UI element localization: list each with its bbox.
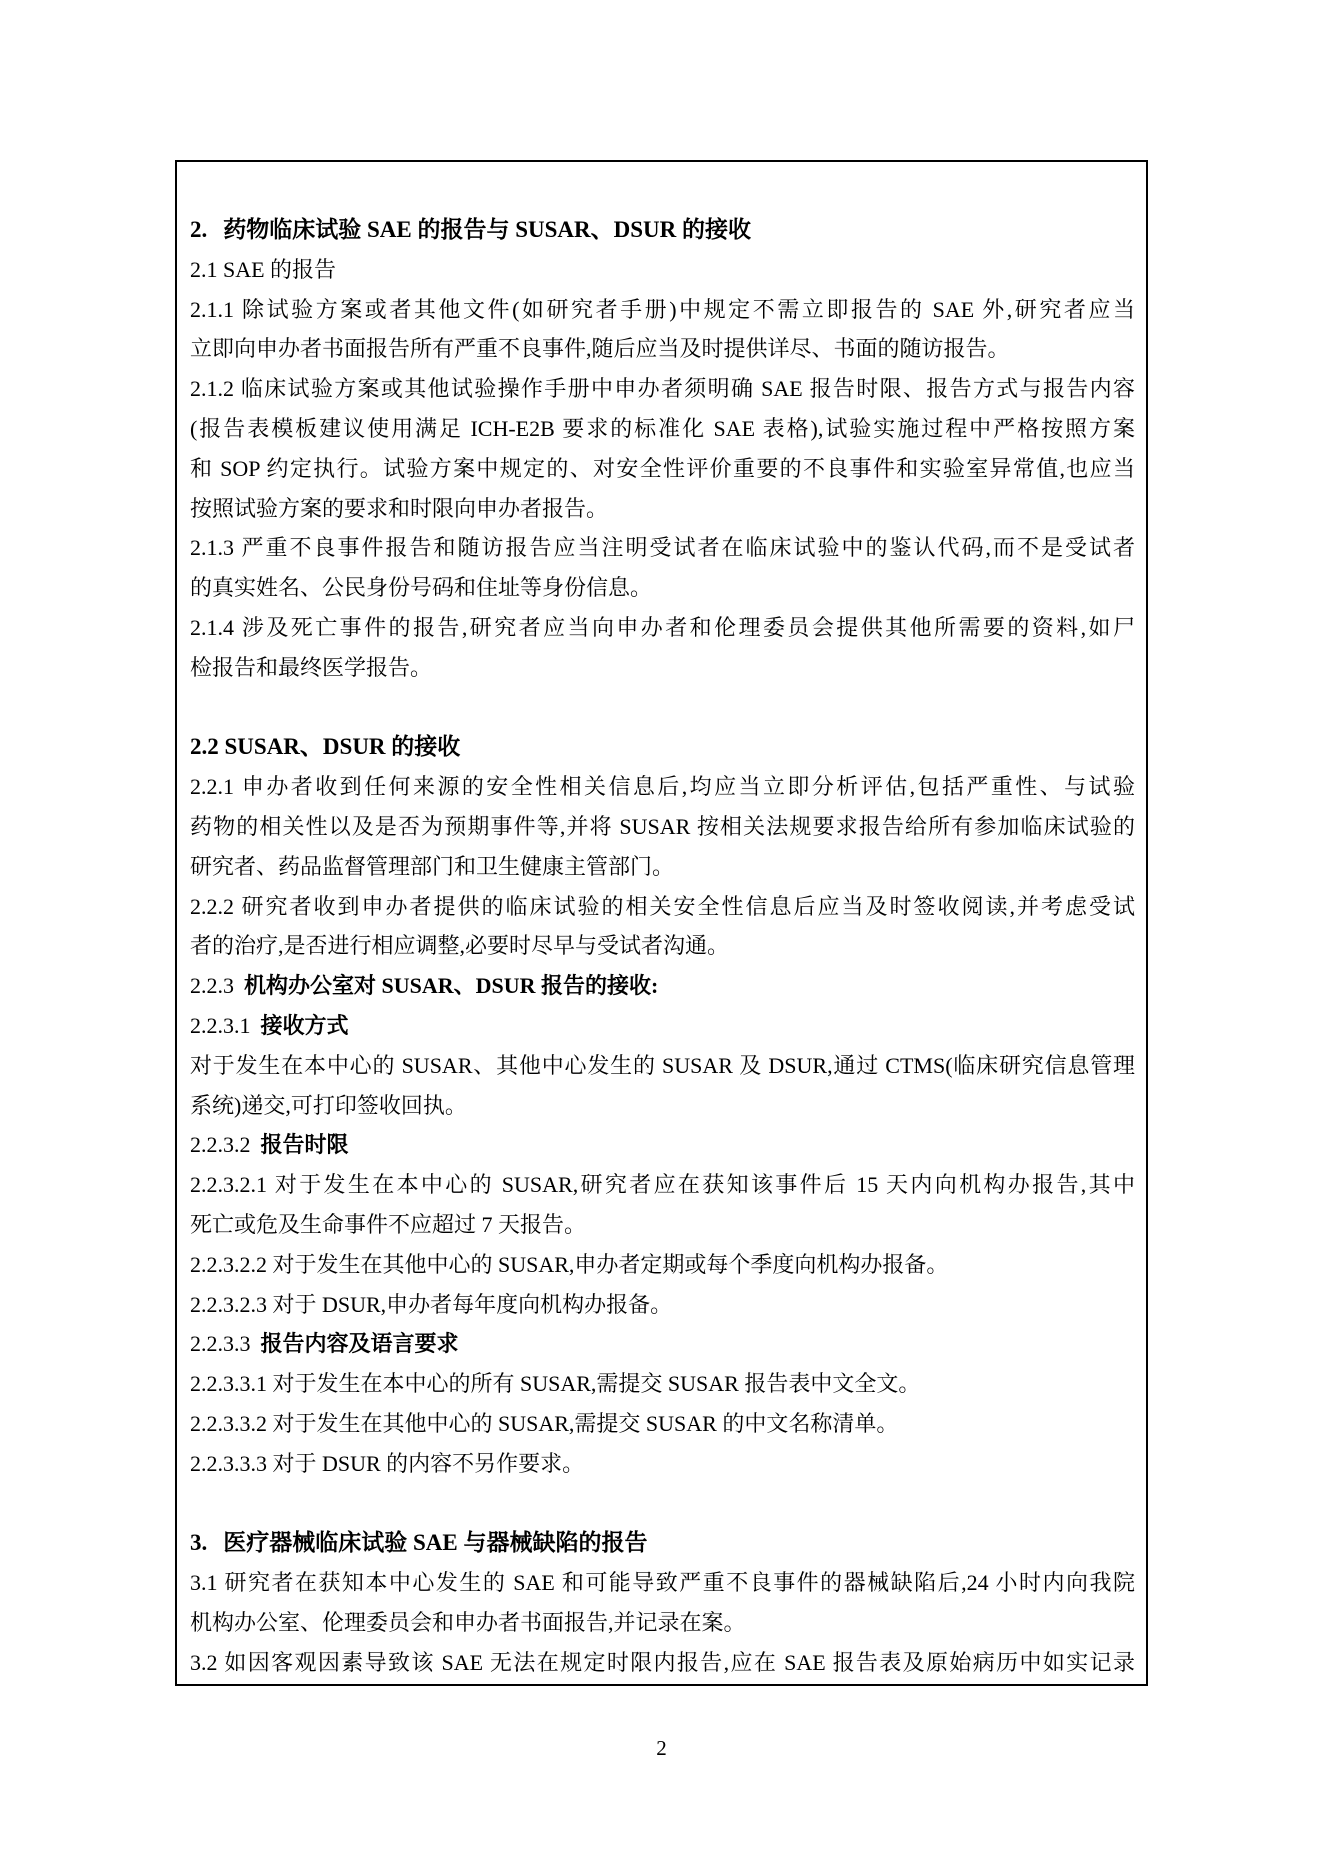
clause-line: 2.2.1 申办者收到任何来源的安全性相关信息后,均应当立即分析评估,包括严重性…	[190, 767, 1135, 807]
clause-line: 按照试验方案的要求和时限向申办者报告。	[190, 489, 1135, 529]
clause-line: 2.2.2 研究者收到申办者提供的临床试验的相关安全性信息后应当及时签收阅读,并…	[190, 887, 1135, 927]
clause-title: 报告时限	[261, 1132, 349, 1157]
clause-line: 研究者、药品监督管理部门和卫生健康主管部门。	[190, 847, 1135, 887]
clause-line: (报告表模板建议使用满足 ICH-E2B 要求的标准化 SAE 表格),试验实施…	[190, 409, 1135, 449]
section-number: 2.	[190, 217, 207, 242]
clause-line: 立即向申办者书面报告所有严重不良事件,随后应当及时提供详尽、书面的随访报告。	[190, 329, 1135, 369]
clause-line: 2.1.1 除试验方案或者其他文件(如研究者手册)中规定不需立即报告的 SAE …	[190, 290, 1135, 330]
clause-line: 2.1.4 涉及死亡事件的报告,研究者应当向申办者和伦理委员会提供其他所需要的资…	[190, 608, 1135, 648]
clause-title: 报告内容及语言要求	[261, 1331, 459, 1356]
clause-line: 3.1 研究者在获知本中心发生的 SAE 和可能导致严重不良事件的器械缺陷后,2…	[190, 1563, 1135, 1603]
blank-line	[190, 688, 1135, 728]
blank-line	[190, 1484, 1135, 1524]
clause-line: 2.1.3 严重不良事件报告和随访报告应当注明受试者在临床试验中的鉴认代码,而不…	[190, 528, 1135, 568]
clause-line: 和 SOP 约定执行。试验方案中规定的、对安全性评价重要的不良事件和实验室异常值…	[190, 449, 1135, 489]
clause-line: 者的治疗,是否进行相应调整,必要时尽早与受试者沟通。	[190, 926, 1135, 966]
clause-line: 死亡或危及生命事件不应超过 7 天报告。	[190, 1205, 1135, 1245]
clause-number: 2.2.3.2	[190, 1132, 251, 1157]
section-heading-2: 2.药物临床试验 SAE 的报告与 SUSAR、DSUR 的接收	[190, 210, 1135, 250]
clause-line: 2.2.3.3.3 对于 DSUR 的内容不另作要求。	[190, 1444, 1135, 1484]
section-heading-2-2: 2.2 SUSAR、DSUR 的接收	[190, 727, 1135, 767]
clause-line: 2.1.2 临床试验方案或其他试验操作手册中申办者须明确 SAE 报告时限、报告…	[190, 369, 1135, 409]
section-title: 医疗器械临床试验 SAE 与器械缺陷的报告	[223, 1530, 647, 1555]
clause-line: 2.2.3.2.1 对于发生在本中心的 SUSAR,研究者应在获知该事件后 15…	[190, 1165, 1135, 1205]
clause-line: 2.2.3.2.2 对于发生在其他中心的 SUSAR,申办者定期或每个季度向机构…	[190, 1245, 1135, 1285]
clause-title: 机构办公室对 SUSAR、DSUR 报告的接收:	[244, 973, 658, 998]
clause-title: 接收方式	[261, 1013, 349, 1038]
section-number: 3.	[190, 1530, 207, 1555]
subsection-heading-2-2-3: 2.2.3机构办公室对 SUSAR、DSUR 报告的接收:	[190, 966, 1135, 1006]
clause-number: 2.2.3.3	[190, 1331, 251, 1356]
clause-line: 2.2.3.2.3 对于 DSUR,申办者每年度向机构办报备。	[190, 1285, 1135, 1325]
clause-line: 2.2.3.3.2 对于发生在其他中心的 SUSAR,需提交 SUSAR 的中文…	[190, 1404, 1135, 1444]
subsection-heading-2-2-3-1: 2.2.3.1接收方式	[190, 1006, 1135, 1046]
subsection-heading-2-2-3-3: 2.2.3.3报告内容及语言要求	[190, 1324, 1135, 1364]
clause-line: 2.1 SAE 的报告	[190, 250, 1135, 290]
page-number: 2	[0, 1733, 1323, 1763]
document-border-box: 2.药物临床试验 SAE 的报告与 SUSAR、DSUR 的接收 2.1 SAE…	[175, 160, 1148, 1686]
subsection-heading-2-2-3-2: 2.2.3.2报告时限	[190, 1125, 1135, 1165]
clause-line: 2.2.3.3.1 对于发生在本中心的所有 SUSAR,需提交 SUSAR 报告…	[190, 1364, 1135, 1404]
clause-number: 2.2.3.1	[190, 1013, 251, 1038]
clause-line: 的真实姓名、公民身份号码和住址等身份信息。	[190, 568, 1135, 608]
clause-line: 药物的相关性以及是否为预期事件等,并将 SUSAR 按相关法规要求报告给所有参加…	[190, 807, 1135, 847]
section-heading-3: 3.医疗器械临床试验 SAE 与器械缺陷的报告	[190, 1523, 1135, 1563]
clause-line: 系统)递交,可打印签收回执。	[190, 1086, 1135, 1126]
clause-number: 2.2.3	[190, 973, 234, 998]
section-title: 药物临床试验 SAE 的报告与 SUSAR、DSUR 的接收	[223, 217, 751, 242]
clause-line: 机构办公室、伦理委员会和申办者书面报告,并记录在案。	[190, 1603, 1135, 1643]
clause-line: 对于发生在本中心的 SUSAR、其他中心发生的 SUSAR 及 DSUR,通过 …	[190, 1046, 1135, 1086]
clause-line: 3.2 如因客观因素导致该 SAE 无法在规定时限内报告,应在 SAE 报告表及…	[190, 1643, 1135, 1683]
clause-line: 检报告和最终医学报告。	[190, 648, 1135, 688]
